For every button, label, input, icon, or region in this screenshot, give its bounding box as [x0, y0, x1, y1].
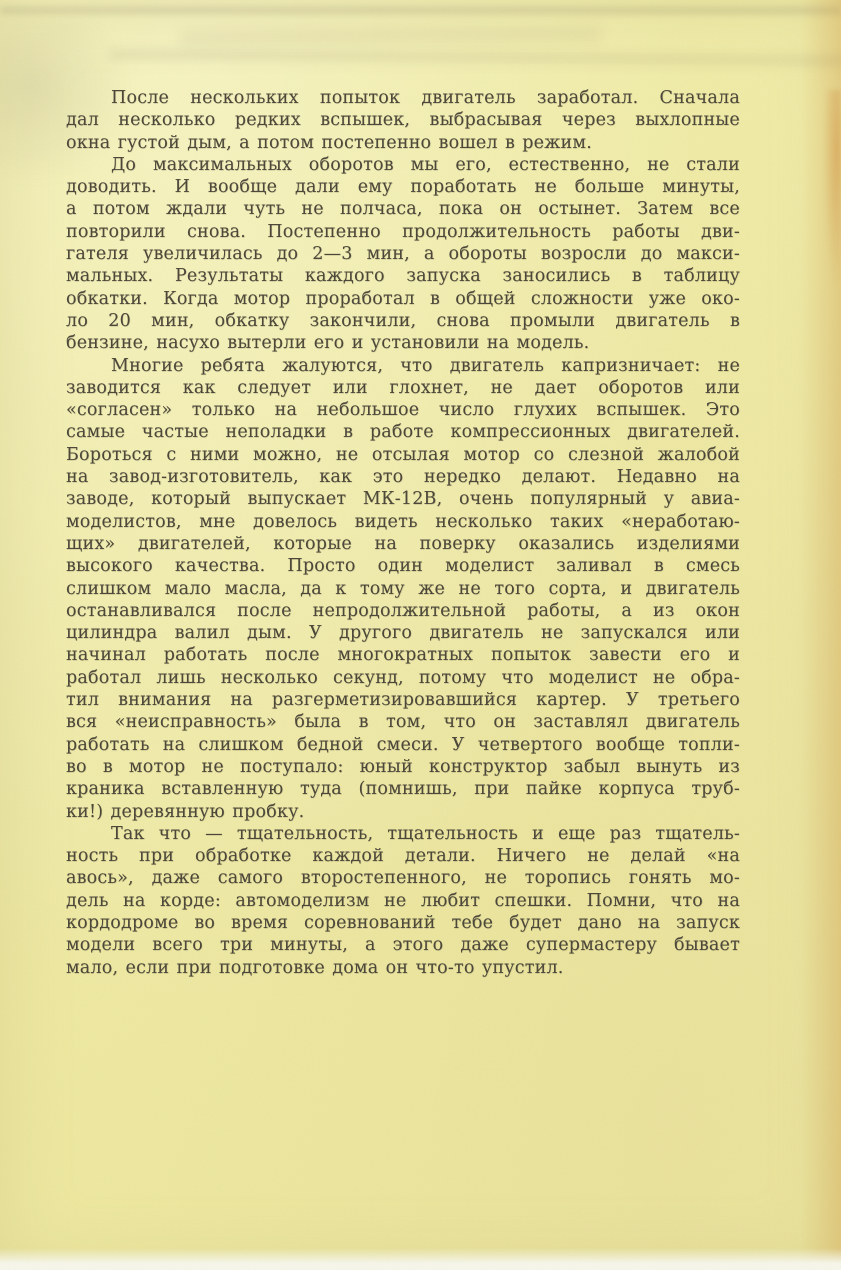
- scan-smudge-band: [110, 49, 841, 66]
- text-line: дель на корде: автомоделизм не любит спе…: [66, 890, 740, 912]
- text-line: До максимальных оборотов мы его, естеств…: [66, 154, 740, 176]
- text-line: высокого качества. Просто один моделист …: [66, 555, 740, 577]
- scan-bottom-edge: [0, 1248, 841, 1270]
- text-line: Многие ребята жалуются, что двигатель ка…: [66, 355, 740, 377]
- text-line: ки!) деревянную пробку.: [66, 801, 740, 823]
- text-line: тил внимания на разгерметизировавшийся к…: [66, 689, 740, 711]
- text-line: начинал работать после многократных попы…: [66, 644, 740, 666]
- text-line: слишком мало масла, да к тому же не того…: [66, 578, 740, 600]
- text-line: окна густой дым, а потом постепенно воше…: [66, 132, 740, 154]
- text-line: «согласен» только на небольшое число глу…: [66, 399, 740, 421]
- text-line: доводить. И вообще дали ему поработать н…: [66, 176, 740, 198]
- text-line: Так что — тщательность, тщательность и е…: [66, 823, 740, 845]
- text-line: кордодроме во время соревнований тебе бу…: [66, 912, 740, 934]
- text-line: повторили снова. Постепенно продолжитель…: [66, 221, 740, 243]
- text-line: краника вставленную туда (помнишь, при п…: [66, 778, 740, 800]
- scan-edge-speckle: [823, 90, 841, 290]
- text-line: щих» двигателей, которые на поверку оказ…: [66, 533, 740, 555]
- text-line: гателя увеличилась до 2—3 мин, а обороты…: [66, 243, 740, 265]
- text-line: После нескольких попыток двигатель зараб…: [66, 87, 740, 109]
- text-line: во в мотор не поступало: юный конструкто…: [66, 756, 740, 778]
- text-line: бензине, насухо вытерли его и установили…: [66, 332, 740, 354]
- text-line: обкатки. Когда мотор проработал в общей …: [66, 288, 740, 310]
- scan-smudge-top-edge: [0, 6, 841, 15]
- text-line: заводится как следует или глохнет, не да…: [66, 377, 740, 399]
- text-line: Бороться с ними можно, не отсылая мотор …: [66, 444, 740, 466]
- text-line: а потом ждали чуть не полчаса, пока он о…: [66, 198, 740, 220]
- text-line: мало, если при подготовке дома он что-то…: [66, 957, 740, 979]
- text-line: мальных. Результаты каждого запуска зано…: [66, 265, 740, 287]
- scan-edge-discoloration: [793, 0, 841, 1270]
- text-line: вся «неисправность» была в том, что он з…: [66, 711, 740, 733]
- text-line: работать на слишком бедной смеси. У четв…: [66, 734, 740, 756]
- text-line: заводе, который выпускает МК-12В, очень …: [66, 488, 740, 510]
- text-line: дал несколько редких вспышек, выбрасывая…: [66, 109, 740, 131]
- text-line: модели всего три минуты, а этого даже су…: [66, 934, 740, 956]
- text-line: ло 20 мин, обкатку закончили, снова пром…: [66, 310, 740, 332]
- scanned-page: После нескольких попыток двигатель зараб…: [0, 0, 841, 1270]
- text-line: самые частые неполадки в работе компресс…: [66, 421, 740, 443]
- text-line: цилиндра валил дым. У другого двигатель …: [66, 622, 740, 644]
- page-text: После нескольких попыток двигатель зараб…: [66, 87, 740, 979]
- text-line: авось», даже самого второстепенного, не …: [66, 867, 740, 889]
- scan-smudge-upper: [180, 26, 600, 46]
- text-line: работал лишь несколько секунд, потому чт…: [66, 667, 740, 689]
- text-line: останавливался после непродолжительной р…: [66, 600, 740, 622]
- text-line: ность при обработке каждой детали. Ничег…: [66, 845, 740, 867]
- text-line: моделистов, мне довелось видеть нескольк…: [66, 511, 740, 533]
- text-line: на завод-изготовитель, как это нередко д…: [66, 466, 740, 488]
